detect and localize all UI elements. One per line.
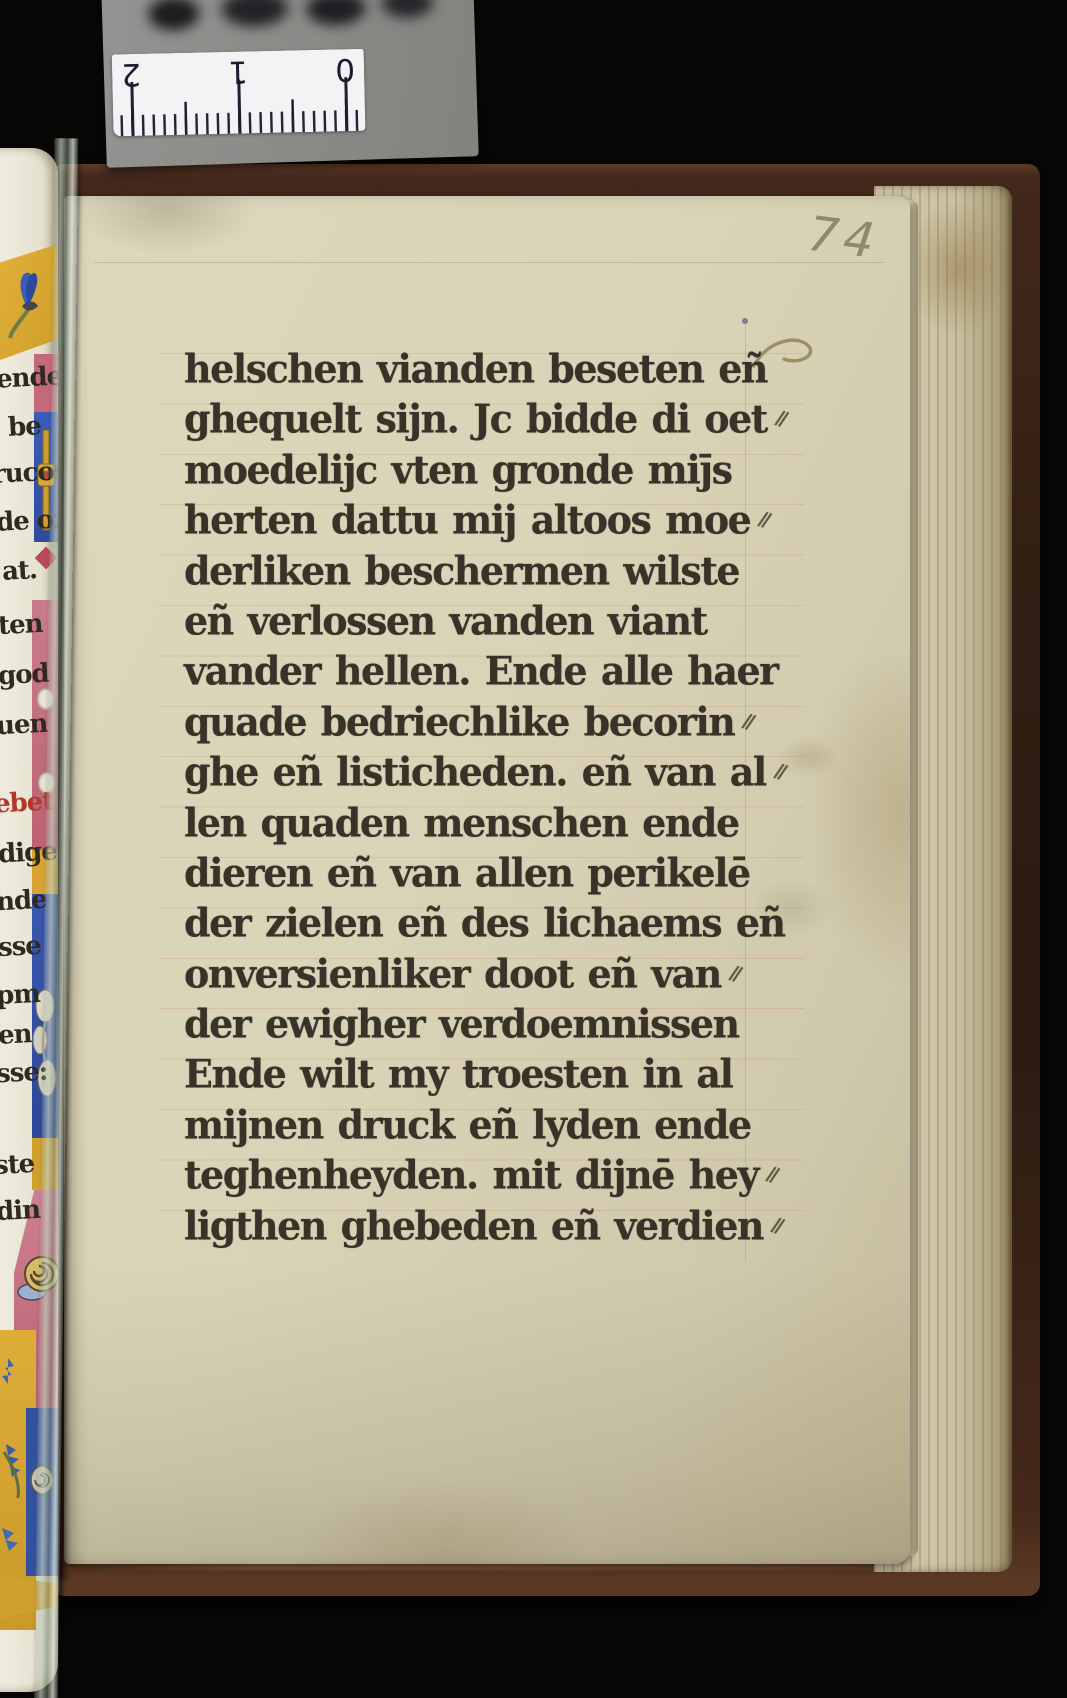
manuscript-text-line: helschen vianden beseten eñ (184, 345, 784, 397)
facing-text-fragment: at. (1, 555, 37, 587)
line-text: der zielen eñ des lichaems eñ (184, 899, 785, 946)
photographic-scale-card: 2 1 0 (101, 0, 478, 168)
line-text: vander hellen. Ende alle haer (184, 647, 778, 694)
line-text: teghenheyden. mit dijnē hey (184, 1151, 758, 1198)
blue-tulip-illustration (8, 266, 48, 344)
line-text: Ende wilt my troesten in al (184, 1050, 732, 1097)
facing-text-fragment: en (0, 1019, 32, 1051)
line-text: der ewigher verdoemnissen (184, 1000, 739, 1047)
facing-text-fragment: ste (0, 1149, 35, 1181)
facing-text-fragment: be (7, 411, 41, 443)
facing-text-fragment: sse: (0, 1057, 48, 1090)
facing-text-fragment: ten (0, 609, 43, 641)
manuscript-text-line: ligthen ghebeden eñ verdien// (184, 1202, 784, 1254)
line-text: derliken beschermen wilste (184, 547, 739, 594)
manuscript-text-line: dieren eñ van allen perikelē (184, 849, 784, 901)
line-text: len quaden menschen ende (184, 799, 739, 846)
manuscript-text-line: der ewigher verdoemnissen (184, 1000, 784, 1052)
line-filler-mark: // (769, 1213, 783, 1237)
manuscript-text-line: teghenheyden. mit dijnē hey// (184, 1151, 784, 1203)
line-text: mijnen druck eñ lyden ende (184, 1101, 751, 1148)
facing-text-fragment: pm (0, 979, 40, 1011)
line-filler-mark: // (764, 1162, 778, 1186)
manuscript-text-line: herten dattu mij altoos moe// (184, 496, 784, 548)
line-filler-mark: // (727, 961, 741, 985)
manuscript-text-line: ghequelt sijn. Jc bidde di oet// (184, 395, 784, 447)
line-text: ligthen ghebeden eñ verdien (184, 1202, 763, 1249)
manuscript-text-line: Ende wilt my troesten in al (184, 1050, 784, 1102)
top-margin-ruling-line (94, 262, 884, 263)
line-filler-mark: // (741, 709, 755, 733)
manuscript-text-line: moedelijc vten gronde mij̄s (184, 446, 784, 498)
facing-text-fragment: din (0, 1195, 41, 1227)
manuscript-recto-page: 74 helschen vianden beseten eñ ghequelt … (64, 196, 910, 1564)
card-smudge-marks (129, 0, 443, 45)
facing-text-fragment: nde (0, 885, 47, 918)
facing-text-fragment: sse (0, 931, 42, 963)
manuscript-text-line: mijnen druck eñ lyden ende (184, 1101, 784, 1153)
manuscript-text-line: len quaden menschen ende (184, 799, 784, 851)
line-text: moedelijc vten gronde mij̄s (184, 446, 731, 493)
manuscript-text-line: ghe eñ listicheden. eñ van al// (184, 748, 784, 800)
text-block: helschen vianden beseten eñ ghequelt sij… (184, 346, 784, 1253)
line-text: quade bedriechlike becorin (184, 698, 734, 745)
ruler-number-0: 0 (334, 51, 357, 87)
photograph-of-manuscript: 2 1 0 74 helschen vianden beseten eñ ghe… (0, 0, 1067, 1698)
line-text: dieren eñ van allen perikelē (184, 849, 750, 896)
centimeter-ruler: 2 1 0 (112, 49, 366, 137)
ruler-number-1: 1 (227, 53, 250, 89)
manuscript-text-line: derliken beschermen wilste (184, 547, 784, 599)
facing-text-fragment: uen (0, 709, 48, 742)
prick-mark (742, 318, 748, 324)
line-text: herten dattu mij altoos moe (184, 496, 750, 543)
line-text: onversienliker doot eñ van (184, 950, 721, 997)
line-text: ghe eñ listicheden. eñ van al (184, 748, 766, 795)
manuscript-text-line: der zielen eñ des lichaems eñ (184, 899, 784, 951)
line-text: ghequelt sijn. Jc bidde di oet (184, 395, 767, 442)
ruler-number-2: 2 (120, 56, 143, 92)
line-text: helschen vianden beseten eñ (184, 345, 767, 392)
line-filler-mark: // (757, 507, 771, 531)
manuscript-text-line: vander hellen. Ende alle haer (184, 647, 784, 699)
manuscript-text-line: quade bedriechlike becorin// (184, 698, 784, 750)
line-text: eñ verlossen vanden viant (184, 597, 707, 644)
manuscript-text-line: onversienliker doot eñ van// (184, 950, 784, 1002)
manuscript-text-line: eñ verlossen vanden viant (184, 597, 784, 649)
facing-text-fragment: ende (0, 361, 58, 394)
facing-text-fragment: god (0, 659, 49, 692)
pencil-folio-number: 74 (805, 206, 882, 270)
